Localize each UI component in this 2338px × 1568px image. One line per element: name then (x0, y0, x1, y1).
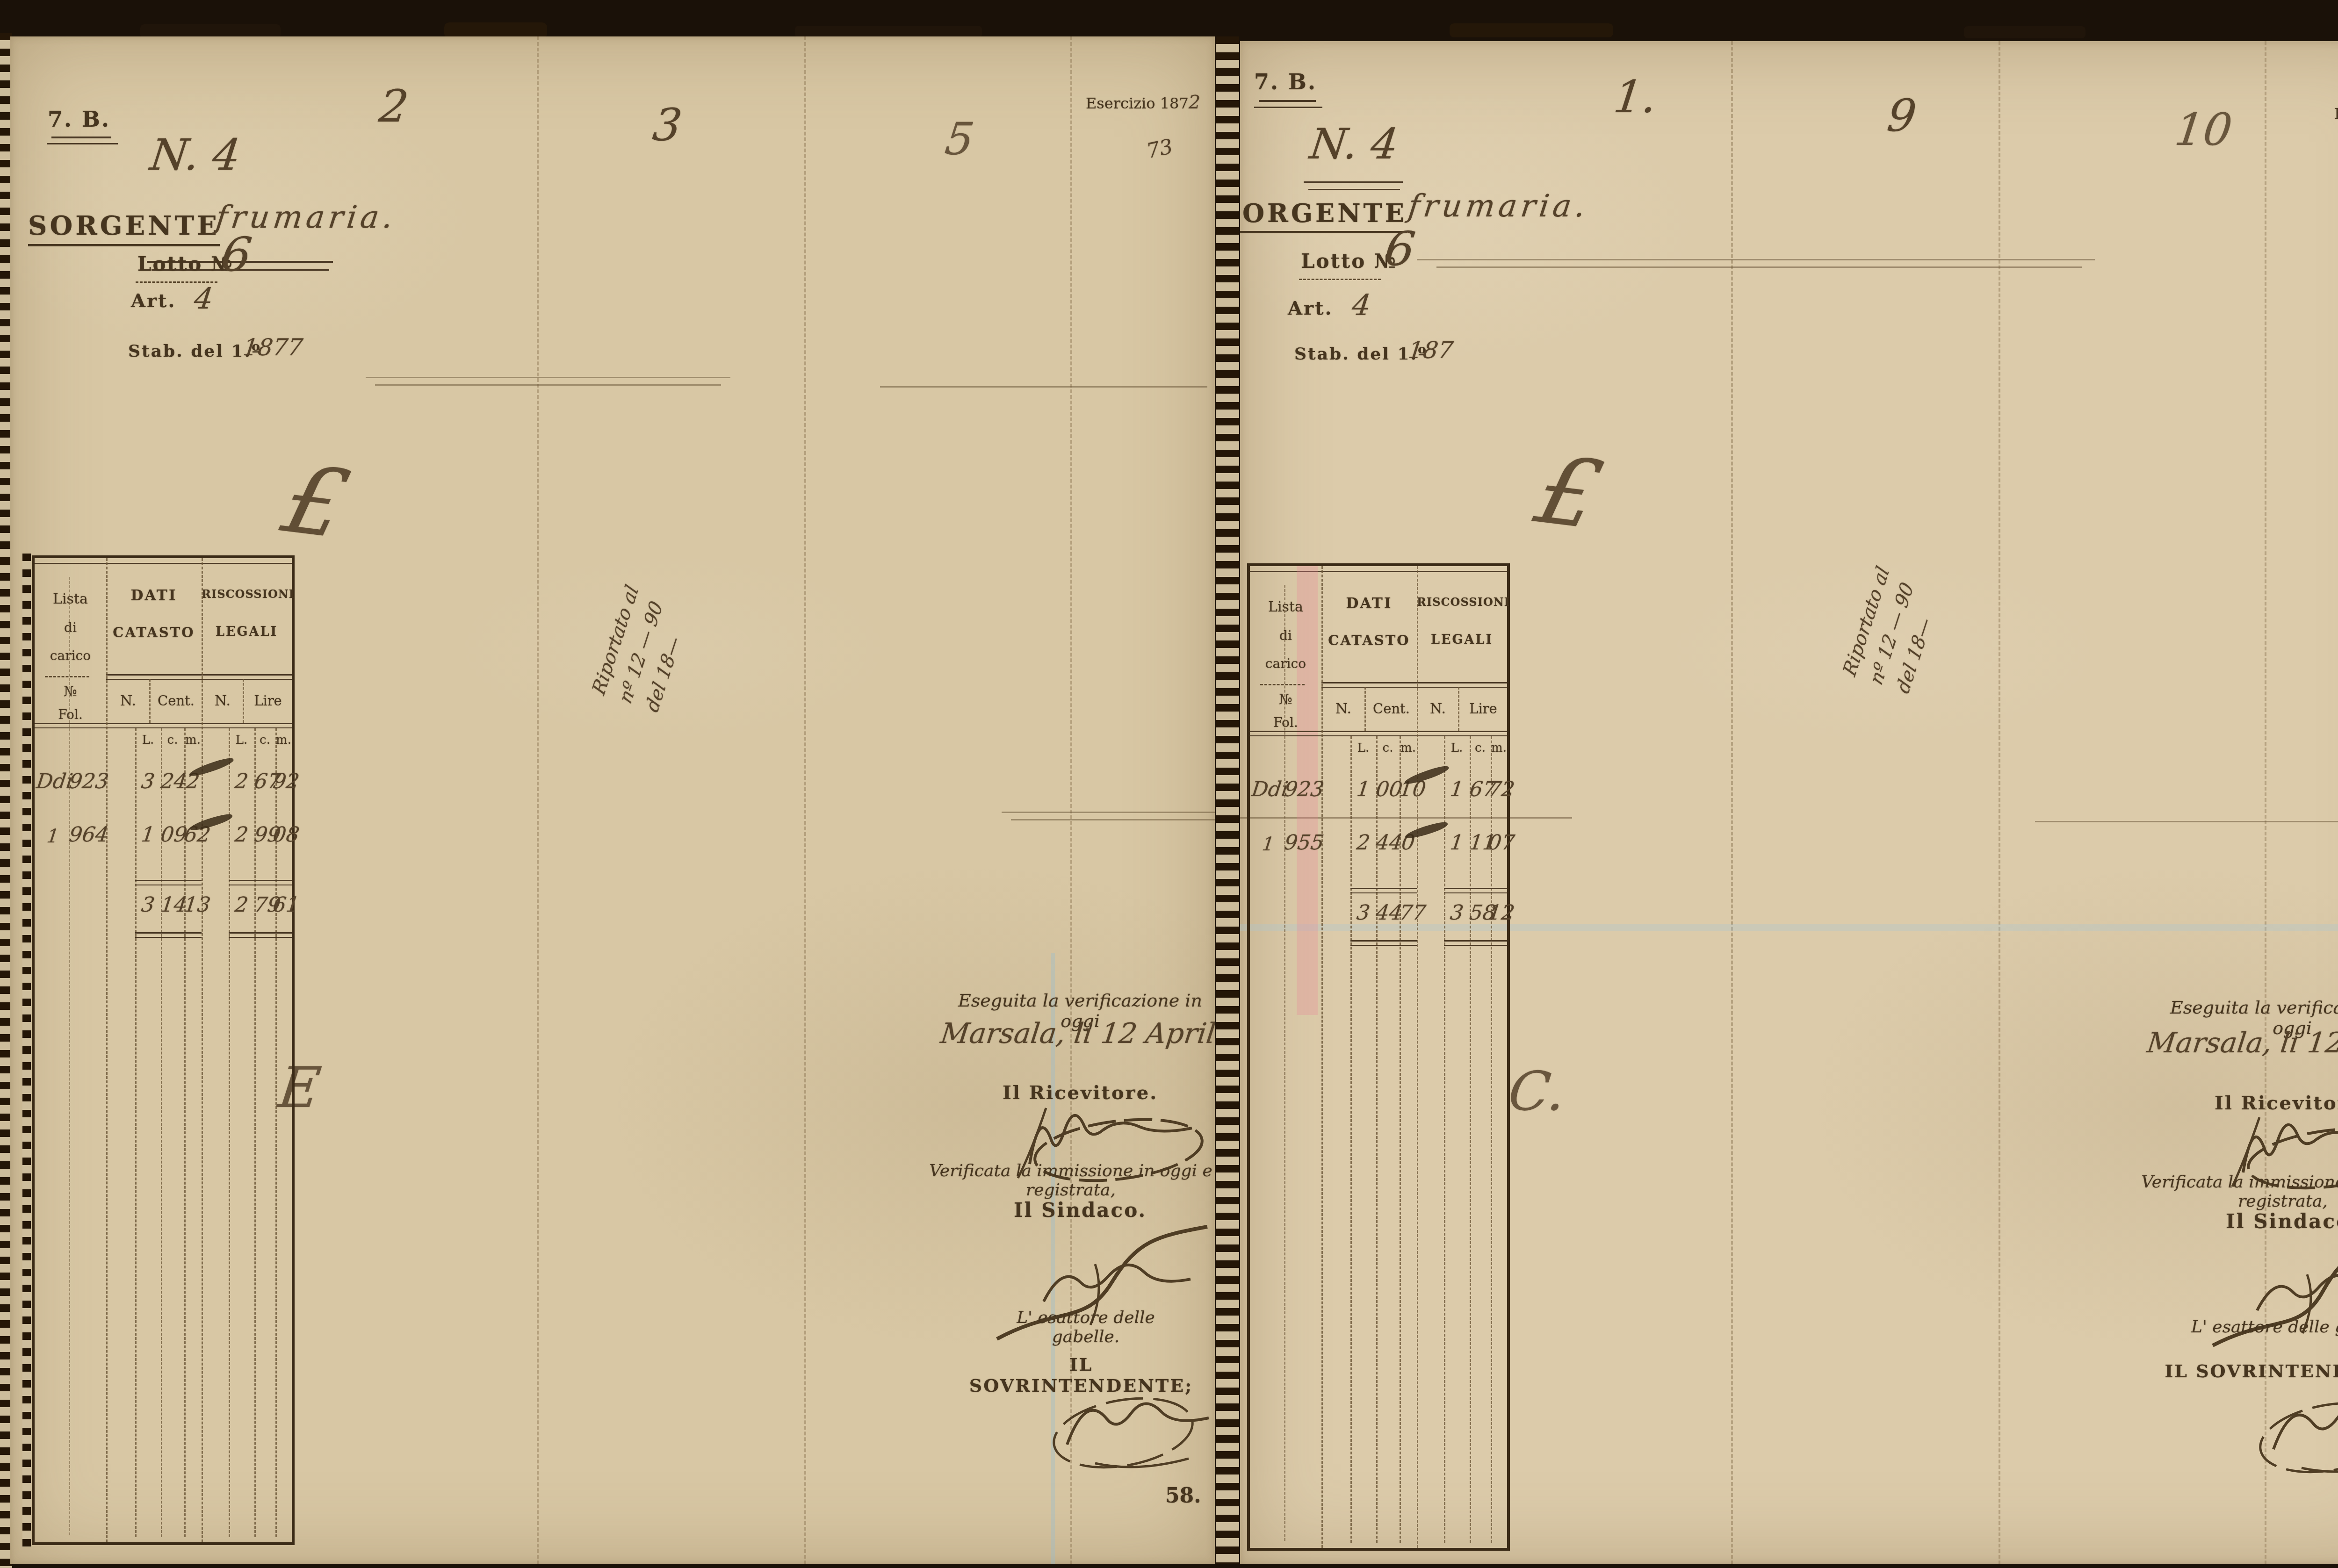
row-amount: 2 (227, 823, 256, 847)
table-vline (184, 728, 186, 1537)
stab-value: 187 (1407, 337, 1455, 364)
year-mark: 73 (1144, 135, 1175, 164)
table-vline (149, 679, 151, 723)
totals-rule-top (135, 880, 202, 881)
table-vline (1458, 687, 1459, 731)
unit-letter: L. (1350, 741, 1376, 755)
row-entry-no: 1 (1250, 834, 1286, 855)
table-edge-perforation (22, 554, 31, 1547)
body-top-rule (35, 727, 292, 728)
fold-line (537, 36, 539, 1564)
edge-artifact (444, 22, 547, 38)
unit-letter: m. (275, 733, 292, 747)
row-amount: 1 (134, 823, 162, 847)
table-vline (1284, 585, 1285, 1541)
table-vline (1470, 736, 1471, 1543)
row-entry-fol: 964 (68, 823, 108, 847)
row-entry-no: Ddi (1250, 777, 1286, 801)
lotto-value: 6 (1382, 222, 1418, 276)
totals-rule-bottom (1350, 945, 1417, 946)
edge-artifact (1964, 26, 2085, 38)
total-amount: 77 (1398, 901, 1418, 925)
exercise-year-value: 2 (1189, 92, 1200, 113)
totals-rule-top (229, 880, 292, 881)
totals-rule-top (229, 885, 292, 885)
source-label: SORGENTE (1240, 198, 1407, 233)
unit-letter: L. (229, 733, 254, 747)
table-vline (202, 558, 203, 1542)
lotto-underline (1299, 279, 1381, 280)
col1-divider (1260, 684, 1305, 685)
totals-rule-top (1350, 892, 1417, 893)
totals-rule-top (1444, 888, 1507, 889)
total-amount: 3 (1443, 901, 1471, 925)
table-vline (1376, 736, 1378, 1543)
table-top-inner-rule (1250, 571, 1507, 572)
script-letter-mark: C. (1505, 1060, 1569, 1123)
row-entry-fol: 955 (1283, 831, 1323, 855)
table-vline (275, 728, 277, 1537)
attestation-line: Verificata la immissione in oggi e regis… (927, 1161, 1215, 1200)
registration-underline (1304, 181, 1403, 183)
col1-divider (45, 676, 89, 677)
totals-rule-top (135, 885, 202, 885)
account-table: Lista di carico № Fol. DATI CATASTO RISC… (32, 555, 295, 1545)
lotto-value: 6 (218, 227, 255, 282)
ink-stroke (1436, 266, 2082, 268)
top-column-number: 1. (1611, 72, 1660, 123)
source-label: SORGENTE (28, 210, 220, 246)
ink-stroke (1002, 812, 1215, 813)
totals-rule-bottom (135, 937, 202, 938)
attestation-line: L' esattore delle gabelle. (983, 1308, 1189, 1346)
top-column-number: 10 (2172, 104, 2235, 156)
row-entry-no: Ddi (35, 770, 71, 793)
ink-stroke (1417, 259, 2095, 260)
page-number: 58. (1165, 1484, 1201, 1508)
sub-a-header: Cent. (152, 693, 201, 709)
source-value: frumaria. (1406, 188, 1591, 224)
ink-stroke (375, 384, 721, 386)
registration-underline (1308, 189, 1400, 190)
group-a-header: CATASTO (106, 625, 202, 640)
totals-rule-bottom (229, 932, 292, 934)
article-label: Art. (131, 290, 176, 312)
row-amount: 2 (1349, 831, 1378, 855)
sub-a-header: N. (1325, 701, 1362, 717)
account-table: Lista di carico № Fol. DATI CATASTO RISC… (1247, 563, 1510, 1551)
marginal-note: Riportato al nº 12 — 90 del 18— (1839, 511, 1964, 696)
ink-stroke (2035, 821, 2338, 822)
signature-superintendent (2245, 1379, 2338, 1496)
ink-stroke (880, 386, 1207, 388)
edge-artifact (1450, 23, 1613, 37)
col1-header: Lista (1250, 599, 1321, 615)
group-a-header: DATI (106, 587, 202, 604)
sub-b-header: N. (1419, 701, 1457, 717)
table-vline (1417, 566, 1418, 1548)
row-amount: 1 (1443, 831, 1471, 855)
table-vline (69, 577, 70, 1535)
date-line: Marsala, li 12 Aprile 1879 (939, 1017, 1215, 1050)
row-entry-fol: 923 (1283, 777, 1323, 801)
total-amount: 3 (134, 893, 162, 917)
fold-line (1731, 41, 1733, 1564)
body-top-rule (1250, 731, 1507, 732)
subheader-rule (106, 679, 292, 680)
row-amount: 07 (1487, 831, 1508, 855)
row-amount: 72 (1487, 777, 1508, 801)
row-amount: 44 (1375, 831, 1401, 855)
unit-letter: m. (1400, 741, 1417, 755)
row-amount: 3 (134, 770, 162, 793)
table-vline (1350, 736, 1352, 1543)
form-code: 7. B. (48, 107, 110, 132)
registration-number: N. 4 (1307, 120, 1401, 169)
table-vline (229, 728, 230, 1537)
scanned-ledger-spread: 7. B. 2 3 5 Esercizio 1872 73 N. 4 SORGE… (0, 0, 2338, 1568)
subheader-rule (1321, 687, 1507, 688)
totals-rule-top (1444, 892, 1507, 893)
table-vline (1444, 736, 1445, 1543)
subheader-rule (1321, 682, 1507, 683)
row-amount: 92 (272, 770, 293, 793)
subheader-rule (106, 674, 292, 676)
ink-smudge (1403, 764, 1450, 786)
col1-header: di (1250, 628, 1321, 643)
total-amount: 14 (159, 893, 186, 917)
form-code: 7. B. (1254, 69, 1317, 94)
group-a-header: DATI (1321, 595, 1417, 612)
row-amount: 1 (1349, 777, 1378, 801)
row-amount: 09 (159, 823, 186, 847)
script-lire-mark: £ (1526, 436, 1612, 550)
body-top-rule (1250, 735, 1507, 736)
table-vline (1400, 736, 1401, 1543)
article-value: 4 (1350, 288, 1373, 322)
table-vline (1364, 687, 1366, 731)
col1-header: di (35, 620, 106, 635)
col1-header: № (1250, 691, 1321, 708)
col1-header: № (35, 683, 106, 700)
col1-header: Fol. (35, 707, 106, 722)
form-code-underline (1259, 100, 1316, 102)
article-label: Art. (1288, 297, 1333, 319)
row-entry-fol: 923 (68, 770, 108, 793)
sub-b-header: Lire (245, 693, 291, 709)
script-lire-mark: £ (273, 446, 359, 559)
total-amount: 12 (1487, 901, 1508, 925)
stab-value: 1877 (241, 334, 304, 361)
sub-a-header: N. (109, 693, 147, 709)
total-amount: 3 (1349, 901, 1378, 925)
table-vline (1321, 566, 1323, 1548)
col1-header: Lista (35, 591, 106, 607)
role-label: IL SOVRINTENDENTE; (2161, 1360, 2338, 1381)
table-vline (161, 728, 162, 1537)
unit-letter: c. (1470, 741, 1491, 755)
group-b-header: LEGALI (202, 625, 292, 639)
unit-letter: L. (135, 733, 161, 747)
total-amount: 2 (227, 893, 256, 917)
table-vline (1491, 736, 1492, 1543)
ledger-page-right: 7. B. 1. 9 10 Esercizio 187 73 N. 4 SORG… (1240, 41, 2338, 1564)
sub-b-header: N. (204, 693, 241, 709)
top-column-number: 5 (942, 114, 977, 165)
top-column-number: 2 (376, 81, 411, 132)
signature-superintendent (1039, 1374, 1215, 1491)
top-column-number: 9 (1884, 90, 1919, 142)
fold-line (804, 36, 806, 1564)
totals-rule-bottom (135, 932, 202, 934)
table-vline (254, 728, 256, 1537)
exercise-label-text: Esercizio 187 (1086, 94, 1189, 112)
totals-rule-bottom (1444, 940, 1507, 942)
ink-stroke (1011, 819, 1215, 820)
attestation-line: L' esattore delle gabelle. (2189, 1317, 2338, 1337)
unit-letter: L. (1444, 741, 1470, 755)
table-vline (106, 558, 108, 1542)
marginal-note: Riportato al nº 12 — 90 del 18— (588, 530, 714, 714)
group-b-header: RISCOSSIONI (1417, 595, 1507, 609)
col1-header: carico (35, 648, 106, 663)
table-vline (243, 679, 244, 723)
attestation-line: Verificata la immissione in oggi e regis… (2133, 1172, 2338, 1211)
group-b-header: RISCOSSIONI (202, 587, 292, 601)
sub-b-header: Lire (1460, 701, 1506, 717)
film-sprocket-strip-gutter (1216, 36, 1239, 1564)
date-place: Marsala, li 12 Aprile 18 (2145, 1027, 2338, 1059)
col1-header: Fol. (1250, 715, 1321, 730)
body-top-rule (35, 723, 292, 724)
ink-smudge (1404, 820, 1449, 840)
ledger-page-left: 7. B. 2 3 5 Esercizio 1872 73 N. 4 SORGE… (10, 36, 1215, 1564)
form-code-underline (1254, 107, 1322, 108)
exercise-label: Esercizio 187 (2334, 102, 2338, 123)
row-amount: 08 (272, 823, 293, 847)
date-line: Marsala, li 12 Aprile 189 (2145, 1027, 2338, 1059)
ink-smudge (188, 756, 235, 778)
totals-rule-bottom (1444, 945, 1507, 946)
row-amount: 00 (1375, 777, 1401, 801)
unit-letter: m. (184, 733, 202, 747)
top-column-number: 3 (650, 100, 685, 151)
group-b-header: LEGALI (1417, 633, 1507, 647)
sub-a-header: Cent. (1367, 701, 1416, 717)
ink-smudge (188, 812, 233, 832)
group-a-header: CATASTO (1321, 633, 1417, 648)
article-value: 4 (193, 281, 215, 316)
exercise-label: Esercizio 1872 (1086, 92, 1200, 113)
row-amount: 2 (227, 770, 256, 793)
unit-letter: c. (254, 733, 275, 747)
ink-stroke (366, 377, 730, 378)
totals-rule-bottom (229, 937, 292, 938)
exercise-label-text: Esercizio 187 (2334, 105, 2338, 122)
totals-rule-top (1350, 888, 1417, 889)
totals-rule-bottom (1350, 940, 1417, 942)
unit-letter: m. (1491, 741, 1507, 755)
date-place: Marsala, li 12 Aprile 187 (939, 1017, 1215, 1050)
unit-letter: c. (1376, 741, 1400, 755)
total-amount: 61 (272, 893, 293, 917)
fold-line (1999, 41, 2000, 1564)
form-code-underline (47, 143, 118, 144)
row-entry-no: 1 (35, 826, 71, 847)
row-amount: 24 (159, 770, 186, 793)
total-amount: 44 (1375, 901, 1401, 925)
table-vline (135, 728, 137, 1537)
row-amount: 1 (1443, 777, 1471, 801)
table-top-inner-rule (35, 563, 292, 564)
col1-header: carico (1250, 656, 1321, 671)
total-amount: 13 (183, 893, 203, 917)
unit-letter: c. (161, 733, 184, 747)
form-code-underline (51, 137, 111, 138)
registration-number: N. 4 (147, 130, 243, 180)
